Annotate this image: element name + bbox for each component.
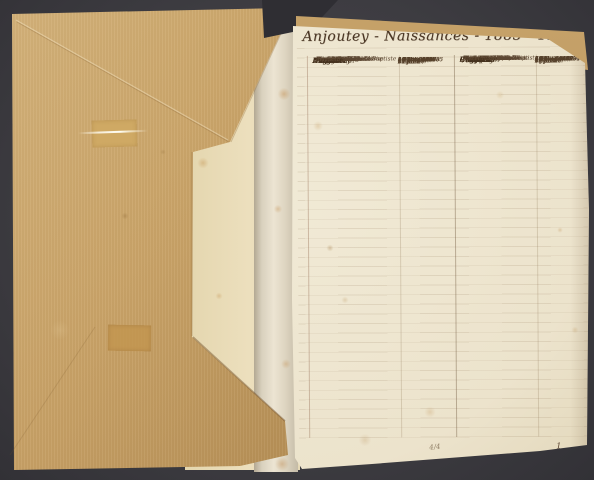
scanned-register-screenshot: Anjoutey - Naissances - 1883 - 1912 - 44… — [0, 0, 594, 480]
register-row: CrolliereJustin Paul Joseph12 Juin 〃 — [460, 55, 587, 65]
bottom-center-pencil-mark: 4/4 — [429, 443, 441, 452]
entry-given-names: Fernand Blaise — [316, 57, 360, 63]
register-column-right: BriaultJoseph31 Aout 1889BegueLouis Fran… — [460, 55, 587, 56]
entry-given-names: Justin Paul Joseph — [463, 56, 516, 62]
entry-date: 5 Fevrier 1889 — [398, 57, 440, 63]
entry-date: 12 Juin 〃 — [535, 56, 563, 64]
register-column-left: AncelLucie11 8bre 1883AncelAnne Marie16 … — [313, 56, 453, 57]
register-row: BurgotFernand Blaise5 Fevrier 1889 — [313, 56, 453, 66]
tape-strip-lower — [108, 325, 151, 352]
horizontal-ruling-lines — [297, 46, 589, 443]
